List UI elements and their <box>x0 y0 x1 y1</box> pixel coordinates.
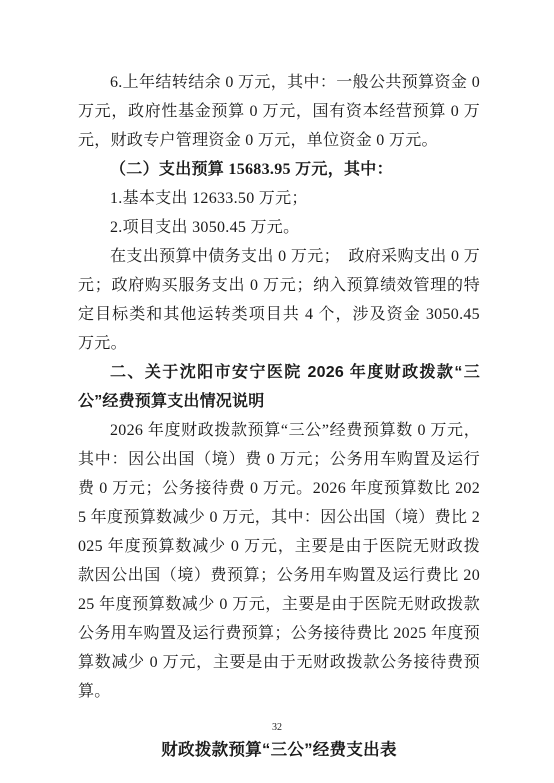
table-title: 财政拨款预算“三公”经费支出表 <box>78 736 480 765</box>
section-heading-three-public-expenses: 二、关于沈阳市安宁医院 2026 年度财政拨款“三公”经费预算支出情况说明 <box>78 358 480 416</box>
document-body: 6.上年结转结余 0 万元，其中：一般公共预算资金 0 万元，政府性基金预算 0… <box>78 68 480 765</box>
page-number: 32 <box>0 722 554 734</box>
paragraph-project-expenditure: 2.项目支出 3050.45 万元。 <box>78 213 480 242</box>
document-page: 6.上年结转结余 0 万元，其中：一般公共预算资金 0 万元，政府性基金预算 0… <box>0 0 554 783</box>
paragraph-basic-expenditure: 1.基本支出 12633.50 万元； <box>78 184 480 213</box>
paragraph-carryover-balance: 6.上年结转结余 0 万元，其中：一般公共预算资金 0 万元，政府性基金预算 0… <box>78 68 480 155</box>
paragraph-three-public-expenses-detail: 2026 年度财政拨款预算“三公”经费预算数 0 万元，其中：因公出国（境）费 … <box>78 416 480 706</box>
paragraph-debt-procurement-expenditure: 在支出预算中债务支出 0 万元； 政府采购支出 0 万元；政府购买服务支出 0 … <box>78 242 480 358</box>
paragraph-expenditure-budget-subheading: （二）支出预算 15683.95 万元，其中： <box>78 155 480 184</box>
